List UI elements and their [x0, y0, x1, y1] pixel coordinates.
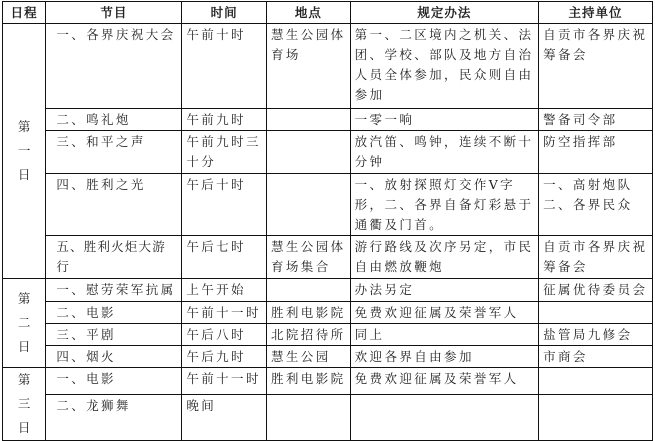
celebration-schedule-table: 日程 节目 时间 地点 规定办法 主持单位 第 一 日 一、各界庆祝大会 午前十…: [2, 1, 653, 426]
time-cell: 午后九时: [182, 346, 267, 368]
day-label-2: 第 二 日: [3, 279, 46, 368]
table-row: 第 二 日 一、慰劳荣军抗属 上午开始 办法另定 征属优待委员会: [3, 279, 653, 302]
header-row: 日程 节目 时间 地点 规定办法 主持单位: [3, 2, 653, 24]
table-row: 四、胜利之光 午后十时 一、放射探照灯交作V字形，二、各界自备灯彩悬于通衢及门首…: [3, 174, 653, 236]
place-cell: 胜利电影院: [267, 302, 351, 324]
program-cell: 四、胜利之光: [46, 174, 182, 236]
method-cell: 免费欢迎征属及荣誉军人: [350, 302, 538, 324]
table-row: 三、平剧 午后八时 北院招待所 同上 盐管局九修会: [3, 324, 653, 346]
header-host: 主持单位: [539, 2, 653, 24]
host-cell: 市商会: [539, 346, 653, 368]
method-cell: [350, 394, 538, 426]
program-cell: 二、龙狮舞: [46, 394, 182, 426]
header-place: 地点: [267, 2, 351, 24]
method-cell: 第一、二区境内之机关、法团、学校、部队及地方自治人员全体参加，民众则自由参加: [350, 24, 538, 109]
host-cell: 征属优待委员会: [539, 279, 653, 302]
place-cell: [267, 174, 351, 236]
program-cell: 五、胜利火炬大游行: [46, 236, 182, 279]
method-cell: 同上: [350, 324, 538, 346]
place-cell: 胜利电影院: [267, 368, 351, 395]
program-cell: 三、和平之声: [46, 131, 182, 174]
time-cell: 午前十一时: [182, 302, 267, 324]
host-cell: 自贡市各界庆祝筹备会: [539, 236, 653, 279]
table-row: 第 一 日 一、各界庆祝大会 午前十时 慧生公园体育场 第一、二区境内之机关、法…: [3, 24, 653, 109]
method-cell: 游行路线及次序另定，市民自由燃放鞭炮: [350, 236, 538, 279]
program-cell: 一、各界庆祝大会: [46, 24, 182, 109]
day-label-3: 第 三 日: [3, 368, 46, 427]
method-cell: 办法另定: [350, 279, 538, 302]
table-row: 二、电影 午前十一时 胜利电影院 免费欢迎征属及荣誉军人: [3, 302, 653, 324]
table-row: 五、胜利火炬大游行 午后七时 慧生公园体育场集合 游行路线及次序另定，市民自由燃…: [3, 236, 653, 279]
place-cell: 北院招待所: [267, 324, 351, 346]
time-cell: 晚间: [182, 394, 267, 426]
place-cell: [267, 109, 351, 131]
host-cell: 盐管局九修会: [539, 324, 653, 346]
time-cell: 午前十时: [182, 24, 267, 109]
place-cell: [267, 394, 351, 426]
method-cell: 欢迎各界自由参加: [350, 346, 538, 368]
host-cell: 一、高射炮队 二、各界民众: [539, 174, 653, 236]
header-program: 节目: [46, 2, 182, 24]
time-cell: 午前九时: [182, 109, 267, 131]
table-row: 二、龙狮舞 晚间: [3, 394, 653, 426]
method-cell: 免费欢迎征属及荣誉军人: [350, 368, 538, 395]
host-cell: [539, 394, 653, 426]
table-row: 三、和平之声 午前九时三十分 放汽笛、鸣钟，连续不断十分钟 防空指挥部: [3, 131, 653, 174]
table-row: 第 三 日 一、电影 午前十一时 胜利电影院 免费欢迎征属及荣誉军人: [3, 368, 653, 395]
host-cell: 警备司令部: [539, 109, 653, 131]
program-cell: 二、鸣礼炮: [46, 109, 182, 131]
header-day: 日程: [3, 2, 46, 24]
program-cell: 四、烟火: [46, 346, 182, 368]
program-cell: 一、电影: [46, 368, 182, 395]
time-cell: 午前九时三十分: [182, 131, 267, 174]
time-cell: 午前十一时: [182, 368, 267, 395]
time-cell: 午后十时: [182, 174, 267, 236]
time-cell: 午后八时: [182, 324, 267, 346]
host-cell: 自贡市各界庆祝筹备会: [539, 24, 653, 109]
host-cell: [539, 368, 653, 395]
host-cell: 防空指挥部: [539, 131, 653, 174]
header-method: 规定办法: [350, 2, 538, 24]
place-cell: [267, 131, 351, 174]
time-cell: 上午开始: [182, 279, 267, 302]
method-cell: 一零一响: [350, 109, 538, 131]
program-cell: 二、电影: [46, 302, 182, 324]
place-cell: 慧生公园体育场集合: [267, 236, 351, 279]
table-row: 二、鸣礼炮 午前九时 一零一响 警备司令部: [3, 109, 653, 131]
program-cell: 三、平剧: [46, 324, 182, 346]
table-row: 四、烟火 午后九时 慧生公园 欢迎各界自由参加 市商会: [3, 346, 653, 368]
place-cell: 慧生公园: [267, 346, 351, 368]
method-cell: 放汽笛、鸣钟，连续不断十分钟: [350, 131, 538, 174]
day-label-1: 第 一 日: [3, 24, 46, 279]
host-cell: [539, 302, 653, 324]
time-cell: 午后七时: [182, 236, 267, 279]
place-cell: 慧生公园体育场: [267, 24, 351, 109]
header-time: 时间: [182, 2, 267, 24]
place-cell: [267, 279, 351, 302]
program-cell: 一、慰劳荣军抗属: [46, 279, 182, 302]
method-cell: 一、放射探照灯交作V字形，二、各界自备灯彩悬于通衢及门首。: [350, 174, 538, 236]
